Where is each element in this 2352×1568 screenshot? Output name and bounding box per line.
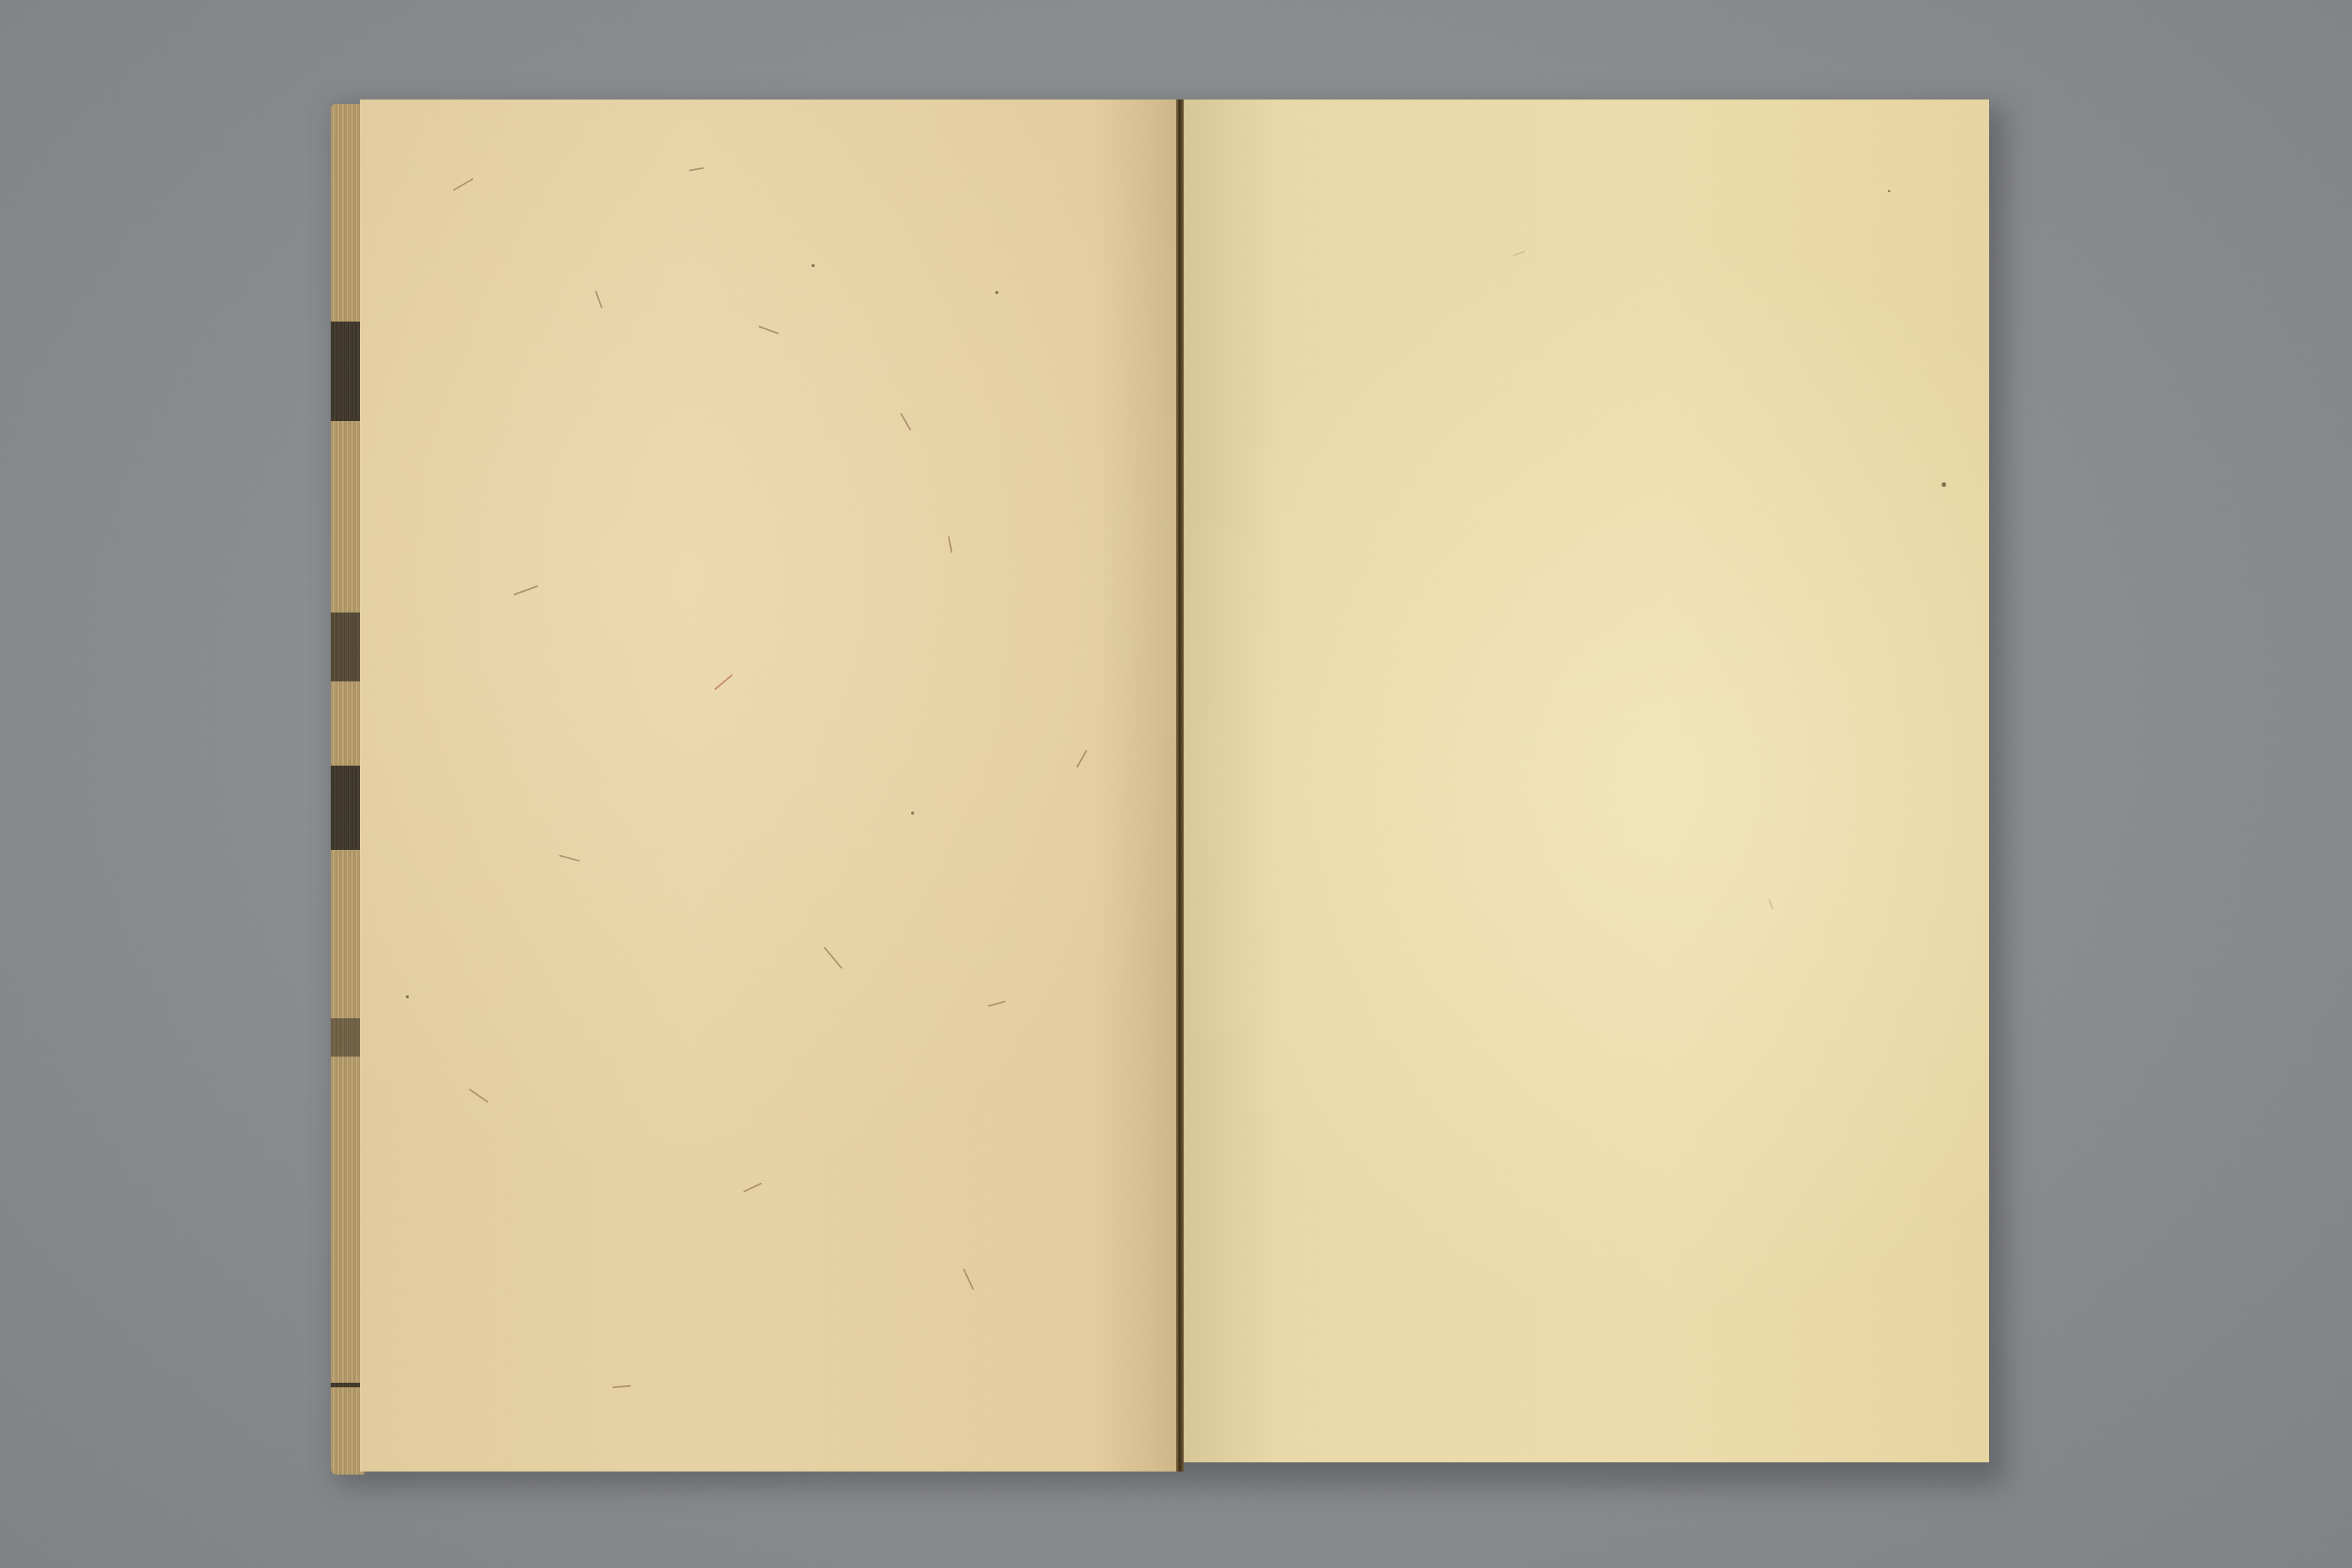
book-photo (0, 0, 2352, 1568)
paper-fiber (595, 290, 603, 308)
paper-speck (812, 264, 815, 267)
paper-fiber (714, 675, 733, 691)
paper-fiber (453, 178, 474, 191)
paper-fiber (963, 1269, 974, 1290)
paper-fiber (612, 1385, 631, 1388)
paper-fiber (759, 325, 779, 334)
paper-fiber (469, 1089, 488, 1103)
paper-fiber (514, 585, 539, 596)
paper-fiber (988, 1001, 1006, 1007)
right-page (1184, 100, 1989, 1462)
paper-fiber (824, 947, 843, 969)
fore-edge-ink-mark (331, 766, 360, 850)
paper-fiber (900, 413, 912, 431)
paper-fiber (1513, 250, 1525, 256)
paper-fiber (743, 1183, 762, 1193)
fore-edge-ink-mark (331, 1383, 360, 1387)
left-page (360, 100, 1178, 1472)
paper-fiber (559, 854, 580, 861)
paper-fiber (1076, 750, 1088, 768)
paper-speck (406, 995, 409, 998)
paper-fiber (1769, 899, 1774, 910)
paper-speck (995, 291, 998, 294)
paper-fiber (948, 536, 952, 553)
paper-fiber (689, 167, 704, 171)
book-gutter (1176, 100, 1184, 1472)
fore-edge-ink-mark (331, 322, 360, 421)
paper-speck (1888, 190, 1890, 192)
paper-speck (911, 812, 914, 815)
paper-speck (1942, 482, 1946, 487)
fore-edge-ink-mark (331, 612, 360, 681)
fore-edge-ink-mark (331, 1018, 360, 1057)
